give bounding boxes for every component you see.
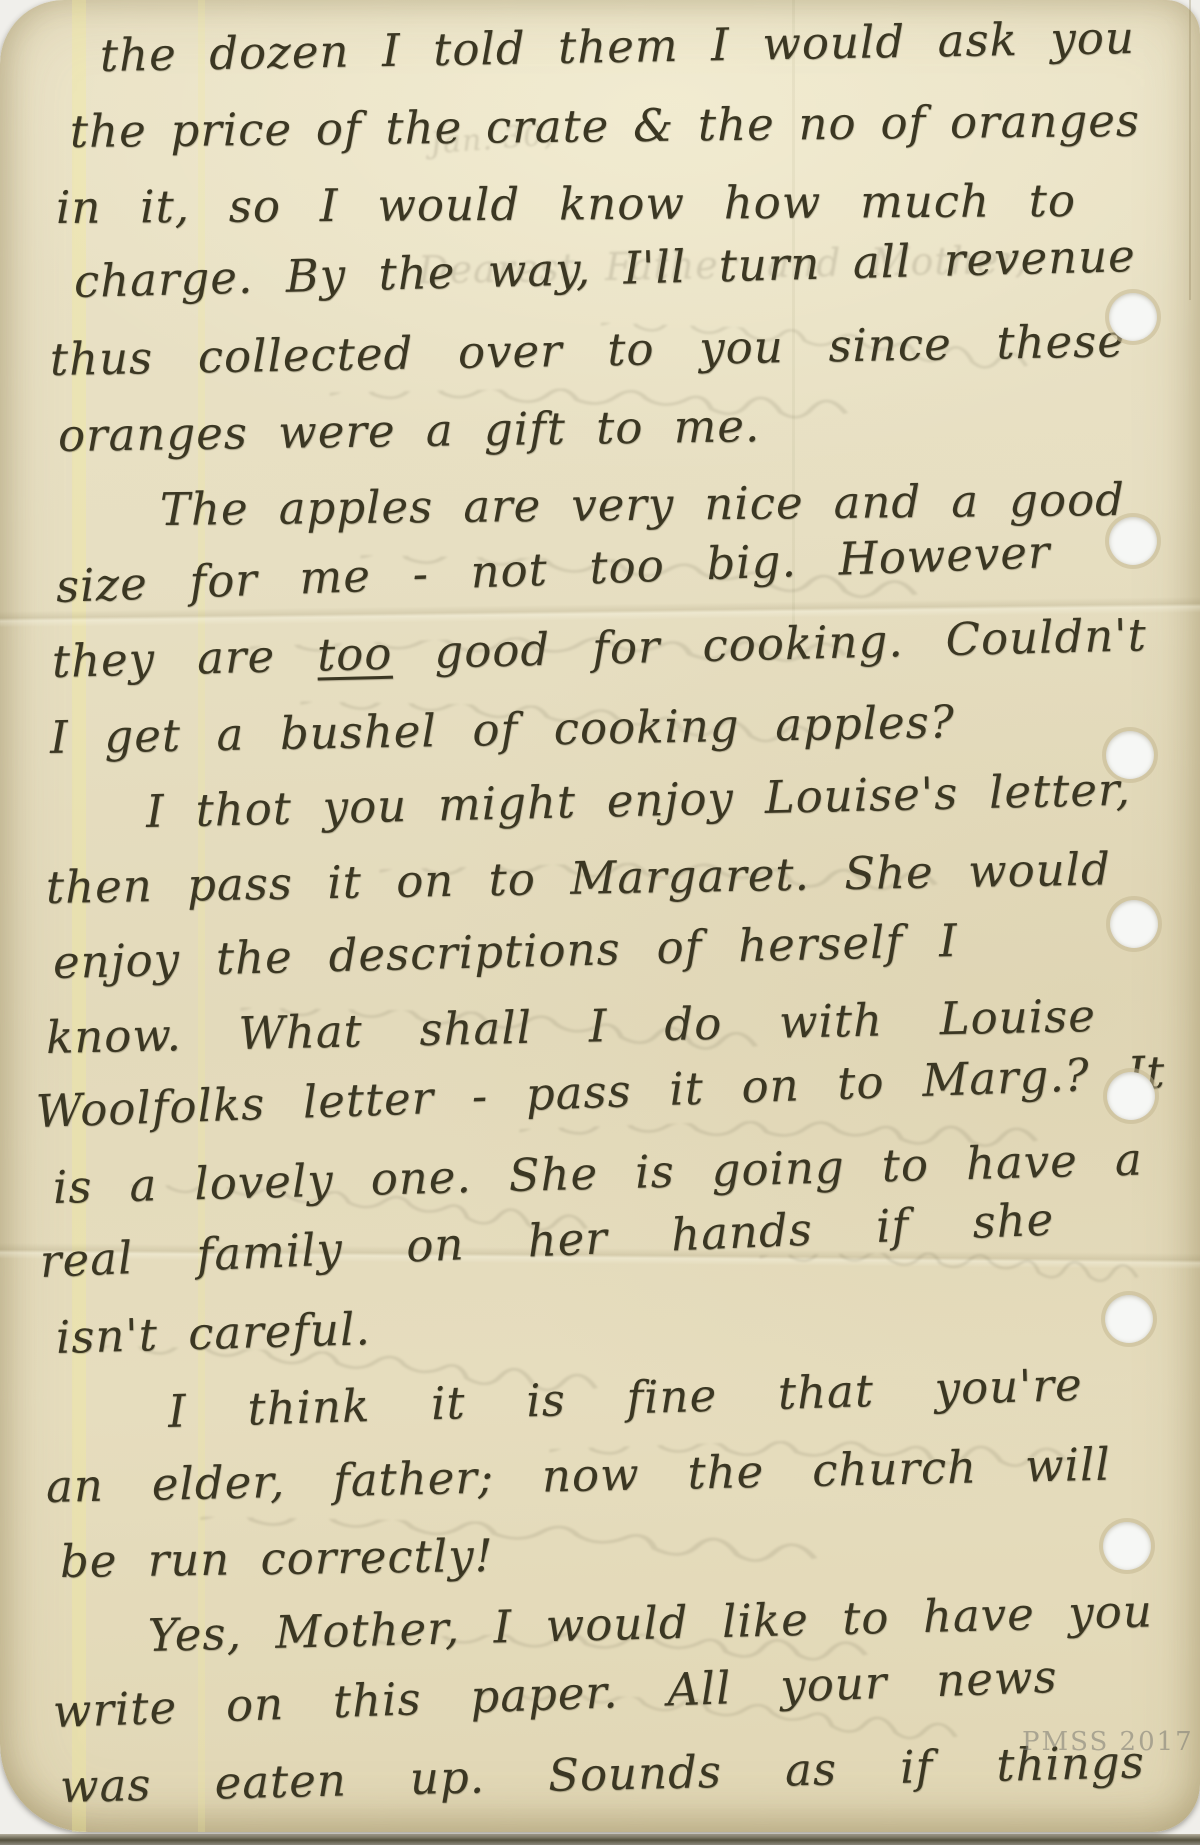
handwriting-line: an elder, father; now the church will — [45, 1435, 1111, 1517]
watermark: PMSS 2017 — [1022, 1727, 1194, 1757]
punch-hole — [1109, 517, 1157, 565]
line-segment: they are — [51, 629, 317, 688]
underlined-word: too — [316, 627, 393, 682]
letter-paper: Jan. 30, Dearest Father and Mother, the … — [0, 0, 1200, 1832]
handwriting-line: the price of the crate & the no of orang… — [70, 91, 1141, 162]
line-segment: good for cooking. Couldn't — [392, 608, 1148, 679]
punch-hole — [1105, 1295, 1153, 1343]
paper-edge-line — [1189, 0, 1191, 300]
handwriting-line: I get a bushel of cooking apples? — [49, 692, 955, 768]
punch-hole — [1106, 731, 1154, 779]
handwriting-line: I thot you might enjoy Louise's letter, — [145, 760, 1131, 842]
handwriting-line: was eaten up. Sounds as if things — [59, 1732, 1145, 1817]
punch-hole — [1110, 900, 1158, 948]
scanner-edge-shadow — [0, 1834, 1200, 1845]
letter-page: Jan. 30, Dearest Father and Mother, the … — [0, 0, 1200, 1845]
handwriting-line: then pass it on to Margaret. She would — [45, 839, 1111, 918]
punch-hole — [1109, 293, 1157, 341]
handwriting-line: oranges were a gift to me. — [58, 396, 761, 466]
handwriting-line: enjoy the descriptions of herself I — [52, 911, 958, 993]
handwriting-line: be run correctly! — [60, 1526, 494, 1592]
handwriting-line: charge. By the way, I'll turn all revenu… — [73, 226, 1136, 312]
punch-hole — [1103, 1522, 1151, 1570]
handwriting-line: the dozen I told them I would ask you — [99, 8, 1135, 86]
handwriting-line: in it, so I would know how much to — [56, 171, 1076, 238]
punch-hole — [1107, 1072, 1155, 1120]
handwriting-line: isn't careful. — [55, 1299, 371, 1368]
